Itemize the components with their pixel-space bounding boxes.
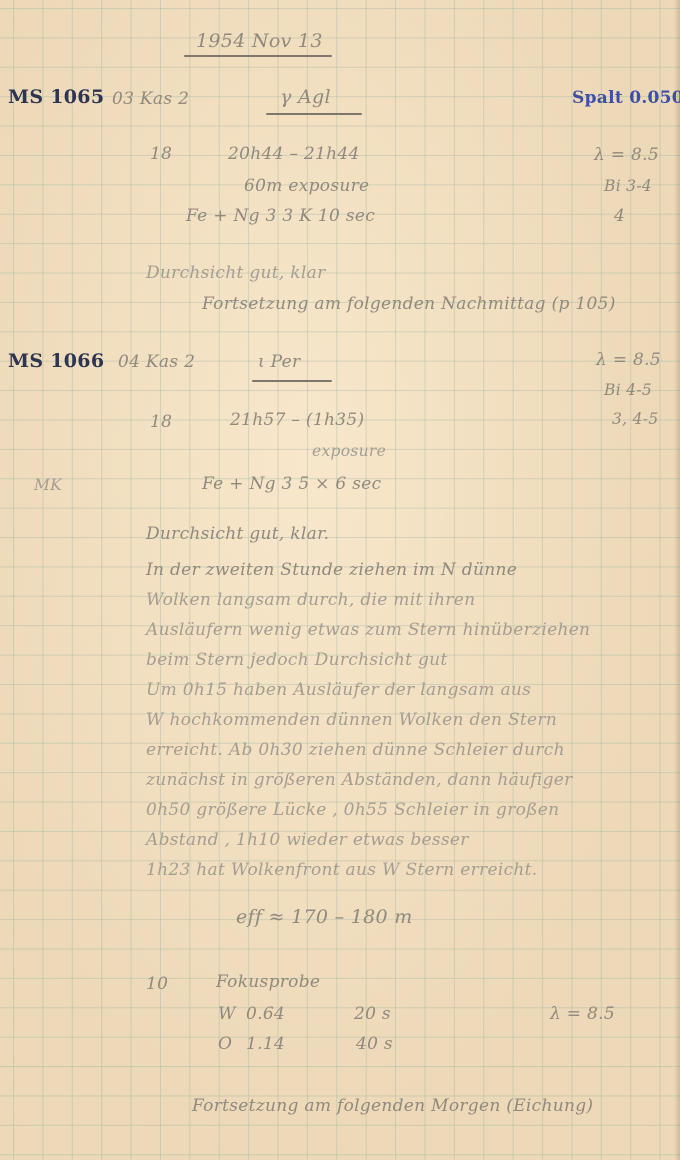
observation-line: In der zweiten Stunde ziehen im N dünne xyxy=(146,560,517,580)
observation-line: erreicht. Ab 0h30 ziehen dünne Schleier … xyxy=(146,740,565,760)
observation-line: W hochkommenden dünnen Wolken den Stern xyxy=(146,710,557,730)
entry-1-exposure: 60m exposure xyxy=(244,176,369,196)
entry-2-param-lambda: λ = 8.5 xyxy=(596,350,661,370)
entry-1-note-1: Durchsicht gut, klar xyxy=(146,263,326,283)
focus-row-w-label: W xyxy=(218,1004,236,1024)
observation-line: Durchsicht gut, klar. xyxy=(146,524,329,544)
notebook-page: 1954 Nov 13 MS 1065 03 Kas 2 γ Agl Spalt… xyxy=(0,0,680,1160)
entry-1-id: MS 1065 xyxy=(8,86,104,108)
entry-1-time-range: 20h44 – 21h44 xyxy=(228,144,360,164)
entry-2-margin-mark: MK xyxy=(34,476,62,494)
observation-line: Wolken langsam durch, die mit ihren xyxy=(146,590,475,610)
seeing-estimate: eff ≈ 170 – 180 m xyxy=(236,906,413,928)
focus-row-w-time: 20 s xyxy=(354,1004,391,1024)
entry-2-object: ι Per xyxy=(258,352,300,372)
entry-2-exposure-note: exposure xyxy=(312,442,386,460)
entry-1-plate: 03 Kas 2 xyxy=(112,89,189,109)
entry-1-filter: Fe + Ng 3 3 K 10 sec xyxy=(186,206,375,226)
entry-1-row-number: 18 xyxy=(150,144,172,164)
observation-line: 0h50 größere Lücke , 0h55 Schleier in gr… xyxy=(146,800,559,820)
observation-line: Abstand , 1h10 wieder etwas besser xyxy=(146,830,469,850)
footer-note: Fortsetzung am folgenden Morgen (Eichung… xyxy=(192,1096,593,1116)
focus-row-o-time: 40 s xyxy=(356,1034,393,1054)
focus-param-lambda: λ = 8.5 xyxy=(550,1004,615,1024)
focus-row-o-value: 1.14 xyxy=(246,1034,285,1054)
focus-title: Fokusprobe xyxy=(216,972,320,992)
page-date: 1954 Nov 13 xyxy=(196,30,323,52)
focus-row-o-label: O xyxy=(218,1034,232,1054)
entry-2-row-number: 18 xyxy=(150,412,172,432)
entry-1-object: γ Agl xyxy=(280,86,331,108)
entry-1-slit: Spalt 0.050 xyxy=(572,88,680,108)
entry-1-param-3: 4 xyxy=(614,206,625,226)
entry-2-param-3: 3, 4-5 xyxy=(612,410,658,428)
object-underline xyxy=(266,113,362,115)
entry-2-id: MS 1066 xyxy=(8,350,104,372)
entry-2-plate: 04 Kas 2 xyxy=(118,352,195,372)
entry-1-param-bi: Bi 3-4 xyxy=(604,177,652,195)
focus-row-w-value: 0.64 xyxy=(246,1004,285,1024)
page-edge-shadow xyxy=(674,0,680,1160)
date-underline xyxy=(184,55,332,57)
observation-line: zunächst in größeren Abständen, dann häu… xyxy=(146,770,573,790)
object-underline-2 xyxy=(252,380,332,382)
observation-line: Um 0h15 haben Ausläufer der langsam aus xyxy=(146,680,531,700)
observation-line: 1h23 hat Wolkenfront aus W Stern erreich… xyxy=(146,860,537,880)
entry-1-param-lambda: λ = 8.5 xyxy=(594,145,659,165)
observation-line: beim Stern jedoch Durchsicht gut xyxy=(146,650,448,670)
entry-1-note-2: Fortsetzung am folgenden Nachmittag (p 1… xyxy=(202,294,616,314)
observation-line: Ausläufern wenig etwas zum Stern hinüber… xyxy=(146,620,590,640)
focus-row-number: 10 xyxy=(146,974,168,994)
entry-2-filter: Fe + Ng 3 5 × 6 sec xyxy=(202,474,381,494)
entry-2-param-bi: Bi 4-5 xyxy=(604,381,652,399)
entry-2-time-range: 21h57 – (1h35) xyxy=(230,410,364,430)
